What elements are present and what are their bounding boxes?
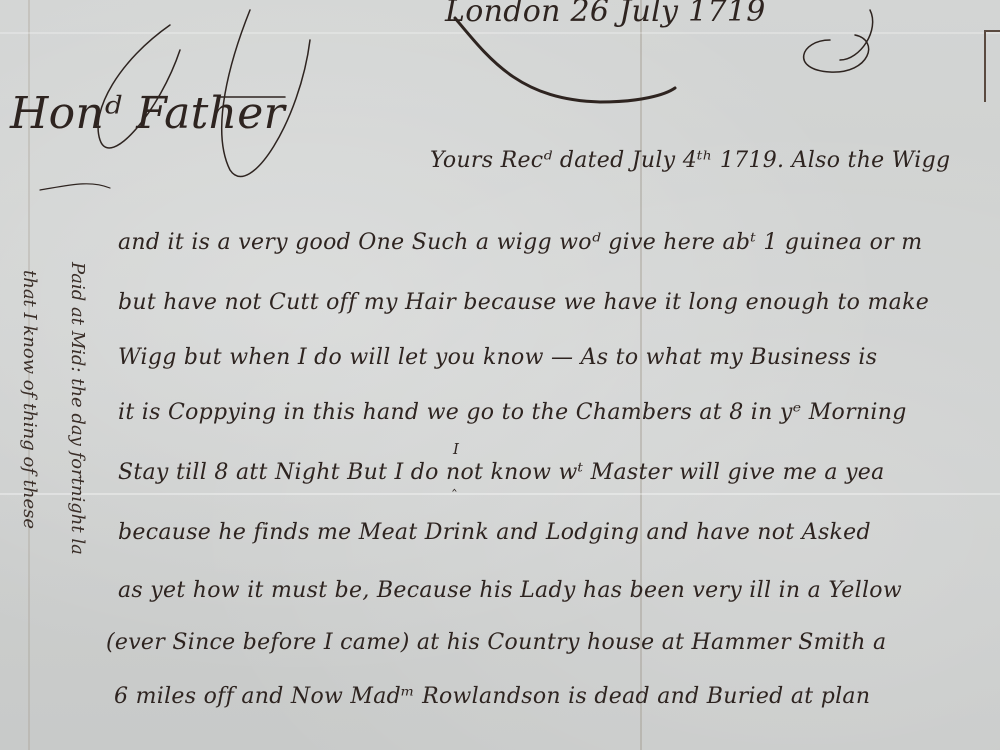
letter-line-2: and it is a very good One Such a wigg wo… (118, 230, 922, 255)
letter-line-1: Yours Recᵈ dated July 4ᵗʰ 1719. Also the… (430, 148, 950, 173)
letter-line-9: (ever Since before I came) at his Countr… (106, 630, 886, 655)
letter-line-10: 6 miles off and Now Madᵐ Rowlandson is d… (114, 684, 870, 709)
letter-line-4: Wigg but when I do will let you know — A… (118, 345, 877, 370)
letter-line-7: because he finds me Meat Drink and Lodgi… (118, 520, 871, 545)
caret-mark: ‸ (452, 476, 457, 492)
letter-line-3: but have not Cutt off my Hair because we… (118, 290, 929, 315)
salutation: Honᵈ Father (10, 88, 285, 139)
letter-line-8: as yet how it must be, Because his Lady … (118, 578, 902, 603)
margin-note-2: that I know of thing of these (19, 270, 40, 529)
place-and-date: London 26 July 1719 (445, 0, 766, 29)
letter-paper: London 26 July 1719 Honᵈ Father Yours Re… (0, 0, 1000, 750)
interlinear-insert: I (453, 440, 459, 458)
letter-line-6: Stay till 8 att Night But I do not know … (118, 460, 885, 485)
letter-line-5: it is Coppying in this hand we go to the… (118, 400, 907, 425)
page-corner-mark (984, 30, 1000, 102)
horizontal-fold-crease (0, 493, 1000, 495)
top-fold-crease (0, 32, 1000, 34)
margin-note-1: Paid at Mid: the day fortnight la (67, 262, 88, 555)
